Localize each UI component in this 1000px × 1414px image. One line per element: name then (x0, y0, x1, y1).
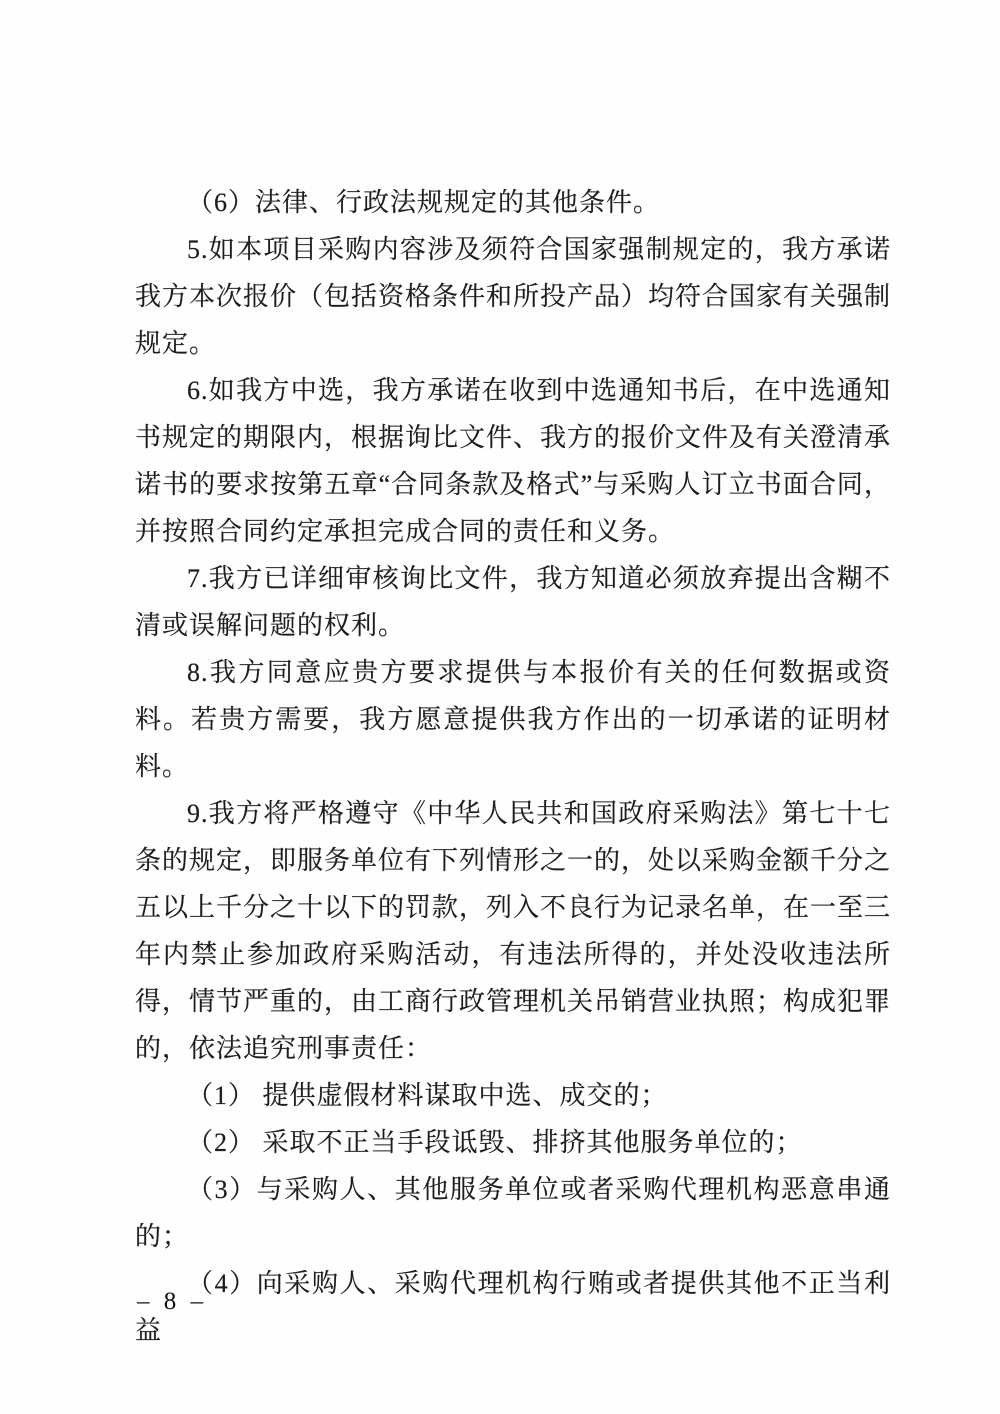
clause-5: 5.如本项目采购内容涉及须符合国家强制规定的，我方承诺我方本次报价（包括资格条件… (135, 226, 891, 367)
clause-8: 8.我方同意应贵方要求提供与本报价有关的任何数据或资料。若贵方需要，我方愿意提供… (135, 649, 891, 790)
clause-7: 7.我方已详细审核询比文件，我方知道必须放弃提出含糊不清或误解问题的权利。 (135, 555, 891, 649)
document-page: （6）法律、行政法规规定的其他条件。 5.如本项目采购内容涉及须符合国家强制规定… (0, 0, 1000, 1414)
clause-9-subitem-1: （1） 提供虚假材料谋取中选、成交的； (135, 1072, 891, 1119)
clause-9-subitem-3: （3）与采购人、其他服务单位或者采购代理机构恶意串通的； (135, 1166, 891, 1260)
clause-6: 6.如我方中选，我方承诺在收到中选通知书后，在中选通知书规定的期限内，根据询比文… (135, 367, 891, 555)
document-body: （6）法律、行政法规规定的其他条件。 5.如本项目采购内容涉及须符合国家强制规定… (135, 179, 891, 1354)
clause-subitem-6: （6）法律、行政法规规定的其他条件。 (135, 179, 891, 226)
clause-9: 9.我方将严格遵守《中华人民共和国政府采购法》第七十七条的规定，即服务单位有下列… (135, 790, 891, 1072)
clause-9-subitem-4: （4）向采购人、采购代理机构行贿或者提供其他不正当利益 (135, 1260, 891, 1354)
page-number: – 8 – (137, 1288, 207, 1316)
clause-9-subitem-2: （2） 采取不正当手段诋毁、排挤其他服务单位的； (135, 1119, 891, 1166)
